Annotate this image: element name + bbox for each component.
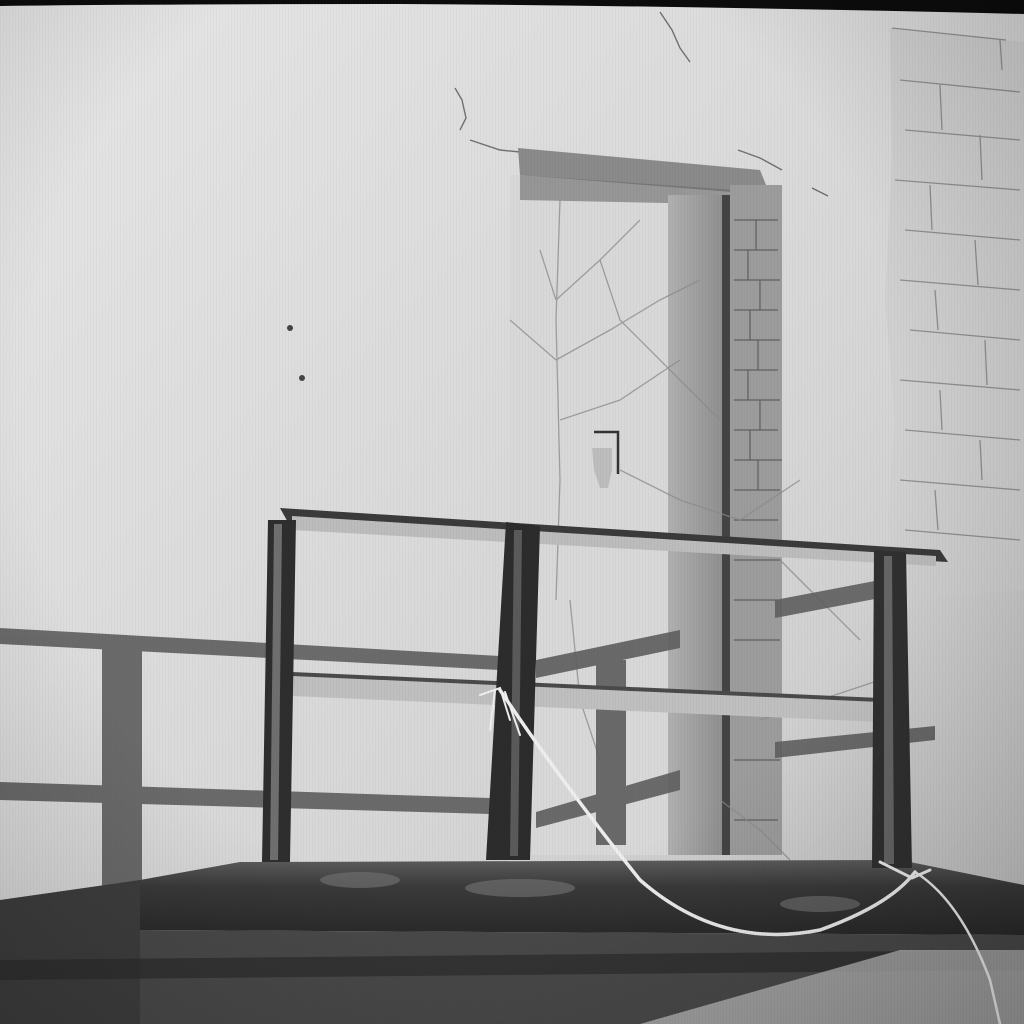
photograph [0,0,1024,1024]
scene-canvas [0,0,1024,1024]
wall-speck [299,375,305,381]
wall-speck [287,325,293,331]
brick-patch [885,28,1024,600]
ledge [0,860,1024,1024]
doorway [510,148,782,855]
